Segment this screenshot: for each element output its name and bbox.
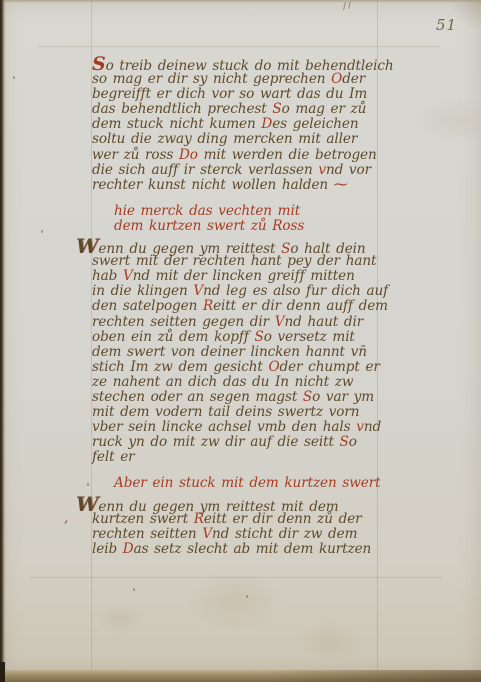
paragraph-2: Wenn du gegen ym reittest So halt deinsw… bbox=[92, 239, 416, 465]
page-edge-bottom bbox=[0, 670, 481, 682]
text-segment: eitt er dir denn auff dem bbox=[213, 298, 388, 314]
text-segment: den satelpogen bbox=[92, 298, 203, 314]
text-line: das behendtlich prechest So mag er zů bbox=[92, 102, 416, 117]
text-segment: v bbox=[356, 419, 364, 435]
text-line: den satelpogen Reitt er dir denn auff de… bbox=[92, 299, 416, 314]
text-line: dem kurtzen swert zů Ross bbox=[114, 219, 416, 234]
text-segment: nd sticht dir zw dem bbox=[212, 526, 357, 542]
text-segment: O bbox=[268, 359, 279, 375]
text-line: Aber ein stuck mit dem kurtzen swert bbox=[114, 476, 416, 491]
text-segment: es geleichen bbox=[272, 116, 358, 132]
text-segment: S bbox=[254, 329, 263, 345]
text-block: So treib deinew stuck do mit behendtleic… bbox=[92, 57, 416, 568]
rubric-heading-2: Aber ein stuck mit dem kurtzen swert bbox=[92, 476, 416, 491]
folio-number: 51 bbox=[436, 16, 457, 34]
ink-speck bbox=[13, 76, 15, 79]
pen-mark bbox=[343, 2, 346, 10]
text-segment: S bbox=[303, 389, 312, 405]
text-segment: S bbox=[272, 101, 281, 117]
text-segment: stechen oder an segen magst bbox=[92, 389, 303, 405]
text-segment: begreifft er dich vor so wart das du Im bbox=[92, 86, 367, 102]
text-segment: stich Im zw dem gesicht bbox=[92, 359, 268, 375]
text-line: wer zů ross Do mit werden die betrogen bbox=[92, 148, 416, 163]
text-segment: felt er bbox=[92, 449, 135, 465]
text-segment: S bbox=[340, 434, 349, 450]
paragraph-3: Wenn du gegen ym reittest mit demkurtzen… bbox=[92, 497, 416, 557]
text-segment: nd mit der lincken greiff mitten bbox=[133, 268, 355, 284]
text-segment: D bbox=[123, 541, 134, 557]
text-segment: o bbox=[349, 434, 357, 450]
paragraph-1: So treib deinew stuck do mit behendtleic… bbox=[92, 57, 416, 193]
text-line: hie merck das vechten mit bbox=[114, 204, 416, 219]
text-segment: nd vor bbox=[326, 162, 371, 178]
text-segment: R bbox=[203, 298, 213, 314]
text-segment: mit werden die betrogen bbox=[198, 147, 377, 163]
text-line: So treib deinew stuck do mit behendtleic… bbox=[92, 57, 416, 72]
text-line: rechten seitten Vnd sticht dir zw dem bbox=[92, 527, 416, 542]
text-segment: kurtzen swert bbox=[92, 511, 194, 527]
rubric-heading-1: hie merck das vechten mitdem kurtzen swe… bbox=[92, 204, 416, 234]
text-segment: der chumpt er bbox=[280, 359, 380, 375]
text-segment: eitt er dir denn zů der bbox=[204, 511, 362, 527]
text-segment: mit dem vodern tail deins swertz vorn bbox=[92, 404, 359, 420]
text-segment: o var ym bbox=[312, 389, 374, 405]
ruling-line-horizontal-bottom bbox=[30, 577, 442, 578]
text-segment: hab bbox=[92, 268, 123, 284]
text-segment: in die klingen bbox=[92, 283, 193, 299]
text-segment: swert mit der rechten hant pey der hant bbox=[92, 253, 376, 269]
text-segment: wer zů ross bbox=[92, 147, 179, 163]
text-segment: V bbox=[123, 268, 133, 284]
text-line: dem swert von deiner lincken hannt vn̄ bbox=[92, 345, 416, 360]
text-segment: das behendtlich prechest bbox=[92, 101, 272, 117]
text-segment: Do bbox=[179, 147, 198, 163]
text-line: stich Im zw dem gesicht Oder chumpt er bbox=[92, 360, 416, 375]
text-segment: as setz slecht ab mit dem kurtzen bbox=[134, 541, 372, 557]
text-line: begreifft er dich vor so wart das du Im bbox=[92, 87, 416, 102]
text-segment: o mag er zů bbox=[282, 101, 367, 117]
text-line: leib Das setz slecht ab mit dem kurtzen bbox=[92, 542, 416, 557]
text-segment: o versetz mit bbox=[264, 329, 355, 345]
text-line: kurtzen swert Reitt er dir denn zů der bbox=[92, 512, 416, 527]
text-line: ruck yn do mit zw dir auf die seitt So bbox=[92, 435, 416, 450]
text-segment: soltu die zway ding mercken mit aller bbox=[92, 131, 357, 147]
text-segment: V bbox=[193, 283, 203, 299]
text-segment: rechten seitten bbox=[92, 526, 202, 542]
text-line: in die klingen Vnd leg es also fur dich … bbox=[92, 284, 416, 299]
text-segment: der bbox=[342, 71, 365, 87]
text-line: mit dem vodern tail deins swertz vorn bbox=[92, 405, 416, 420]
text-segment: V bbox=[202, 526, 212, 542]
text-segment: ruck yn do mit zw dir auf die seitt bbox=[92, 434, 340, 450]
text-segment: dem stuck nicht kumen bbox=[92, 116, 261, 132]
text-segment: dem kurtzen swert zů Ross bbox=[114, 218, 304, 234]
ink-speck bbox=[133, 588, 135, 591]
text-segment: hie merck das vechten mit bbox=[114, 203, 300, 219]
text-segment: rechter kunst nicht wollen halden bbox=[92, 177, 334, 193]
margin-mark: ‚ bbox=[64, 511, 68, 526]
ink-speck bbox=[41, 230, 43, 233]
page-corner-dark bbox=[0, 662, 5, 682]
text-segment: R bbox=[194, 511, 204, 527]
text-segment: so mag er dir sy nicht geprechen bbox=[92, 71, 331, 87]
text-line: so mag er dir sy nicht geprechen Oder bbox=[92, 72, 416, 87]
text-segment: vber sein lincke achsel vmb den hals bbox=[92, 419, 356, 435]
manuscript-page: 51 ‚ So treib deinew stuck do mit behend… bbox=[0, 0, 481, 682]
text-segment: ze nahent an dich das du In nicht zw bbox=[92, 374, 353, 390]
text-line: Wenn du gegen ym reittest So halt dein bbox=[92, 239, 416, 254]
text-line: ze nahent an dich das du In nicht zw bbox=[92, 375, 416, 390]
ink-speck bbox=[87, 483, 89, 486]
text-line: oben ein zů dem kopff So versetz mit bbox=[92, 330, 416, 345]
ink-speck bbox=[246, 595, 248, 598]
text-line: vber sein lincke achsel vmb den hals vnd bbox=[92, 420, 416, 435]
text-segment: dem swert von deiner lincken hannt vn̄ bbox=[92, 344, 367, 360]
text-segment: O bbox=[331, 71, 342, 87]
text-segment: oben ein zů dem kopff bbox=[92, 329, 254, 345]
text-segment: V bbox=[275, 314, 285, 330]
text-segment: rechten seitten gegen dir bbox=[92, 314, 275, 330]
ruling-line-horizontal-top bbox=[38, 46, 440, 47]
text-segment: nd haut dir bbox=[284, 314, 363, 330]
text-segment: Aber ein stuck mit dem kurtzen swert bbox=[114, 475, 380, 491]
text-line: Wenn du gegen ym reittest mit dem bbox=[92, 497, 416, 512]
text-line: rechter kunst nicht wollen halden ⁓ bbox=[92, 178, 416, 193]
text-line: felt er bbox=[92, 450, 416, 465]
text-segment: ⁓ bbox=[334, 177, 348, 193]
page-edge-left bbox=[0, 0, 6, 682]
text-segment: nd bbox=[364, 419, 381, 435]
text-line: die sich auff ir sterck verlassen vnd vo… bbox=[92, 163, 416, 178]
text-segment: leib bbox=[92, 541, 123, 557]
text-line: dem stuck nicht kumen Des geleichen bbox=[92, 117, 416, 132]
text-segment: nd leg es also fur dich auf bbox=[203, 283, 388, 299]
page-edge-top bbox=[0, 0, 481, 3]
text-segment: D bbox=[261, 116, 272, 132]
manuscript-photo: { "page": { "folio_number": "51", "paper… bbox=[0, 0, 481, 682]
text-line: rechten seitten gegen dir Vnd haut dir bbox=[92, 315, 416, 330]
text-segment: die sich auff ir sterck verlassen bbox=[92, 162, 318, 178]
text-line: swert mit der rechten hant pey der hant bbox=[92, 254, 416, 269]
text-line: soltu die zway ding mercken mit aller bbox=[92, 132, 416, 147]
text-line: stechen oder an segen magst So var ym bbox=[92, 390, 416, 405]
text-segment: v bbox=[318, 162, 326, 178]
text-line: hab Vnd mit der lincken greiff mitten bbox=[92, 269, 416, 284]
